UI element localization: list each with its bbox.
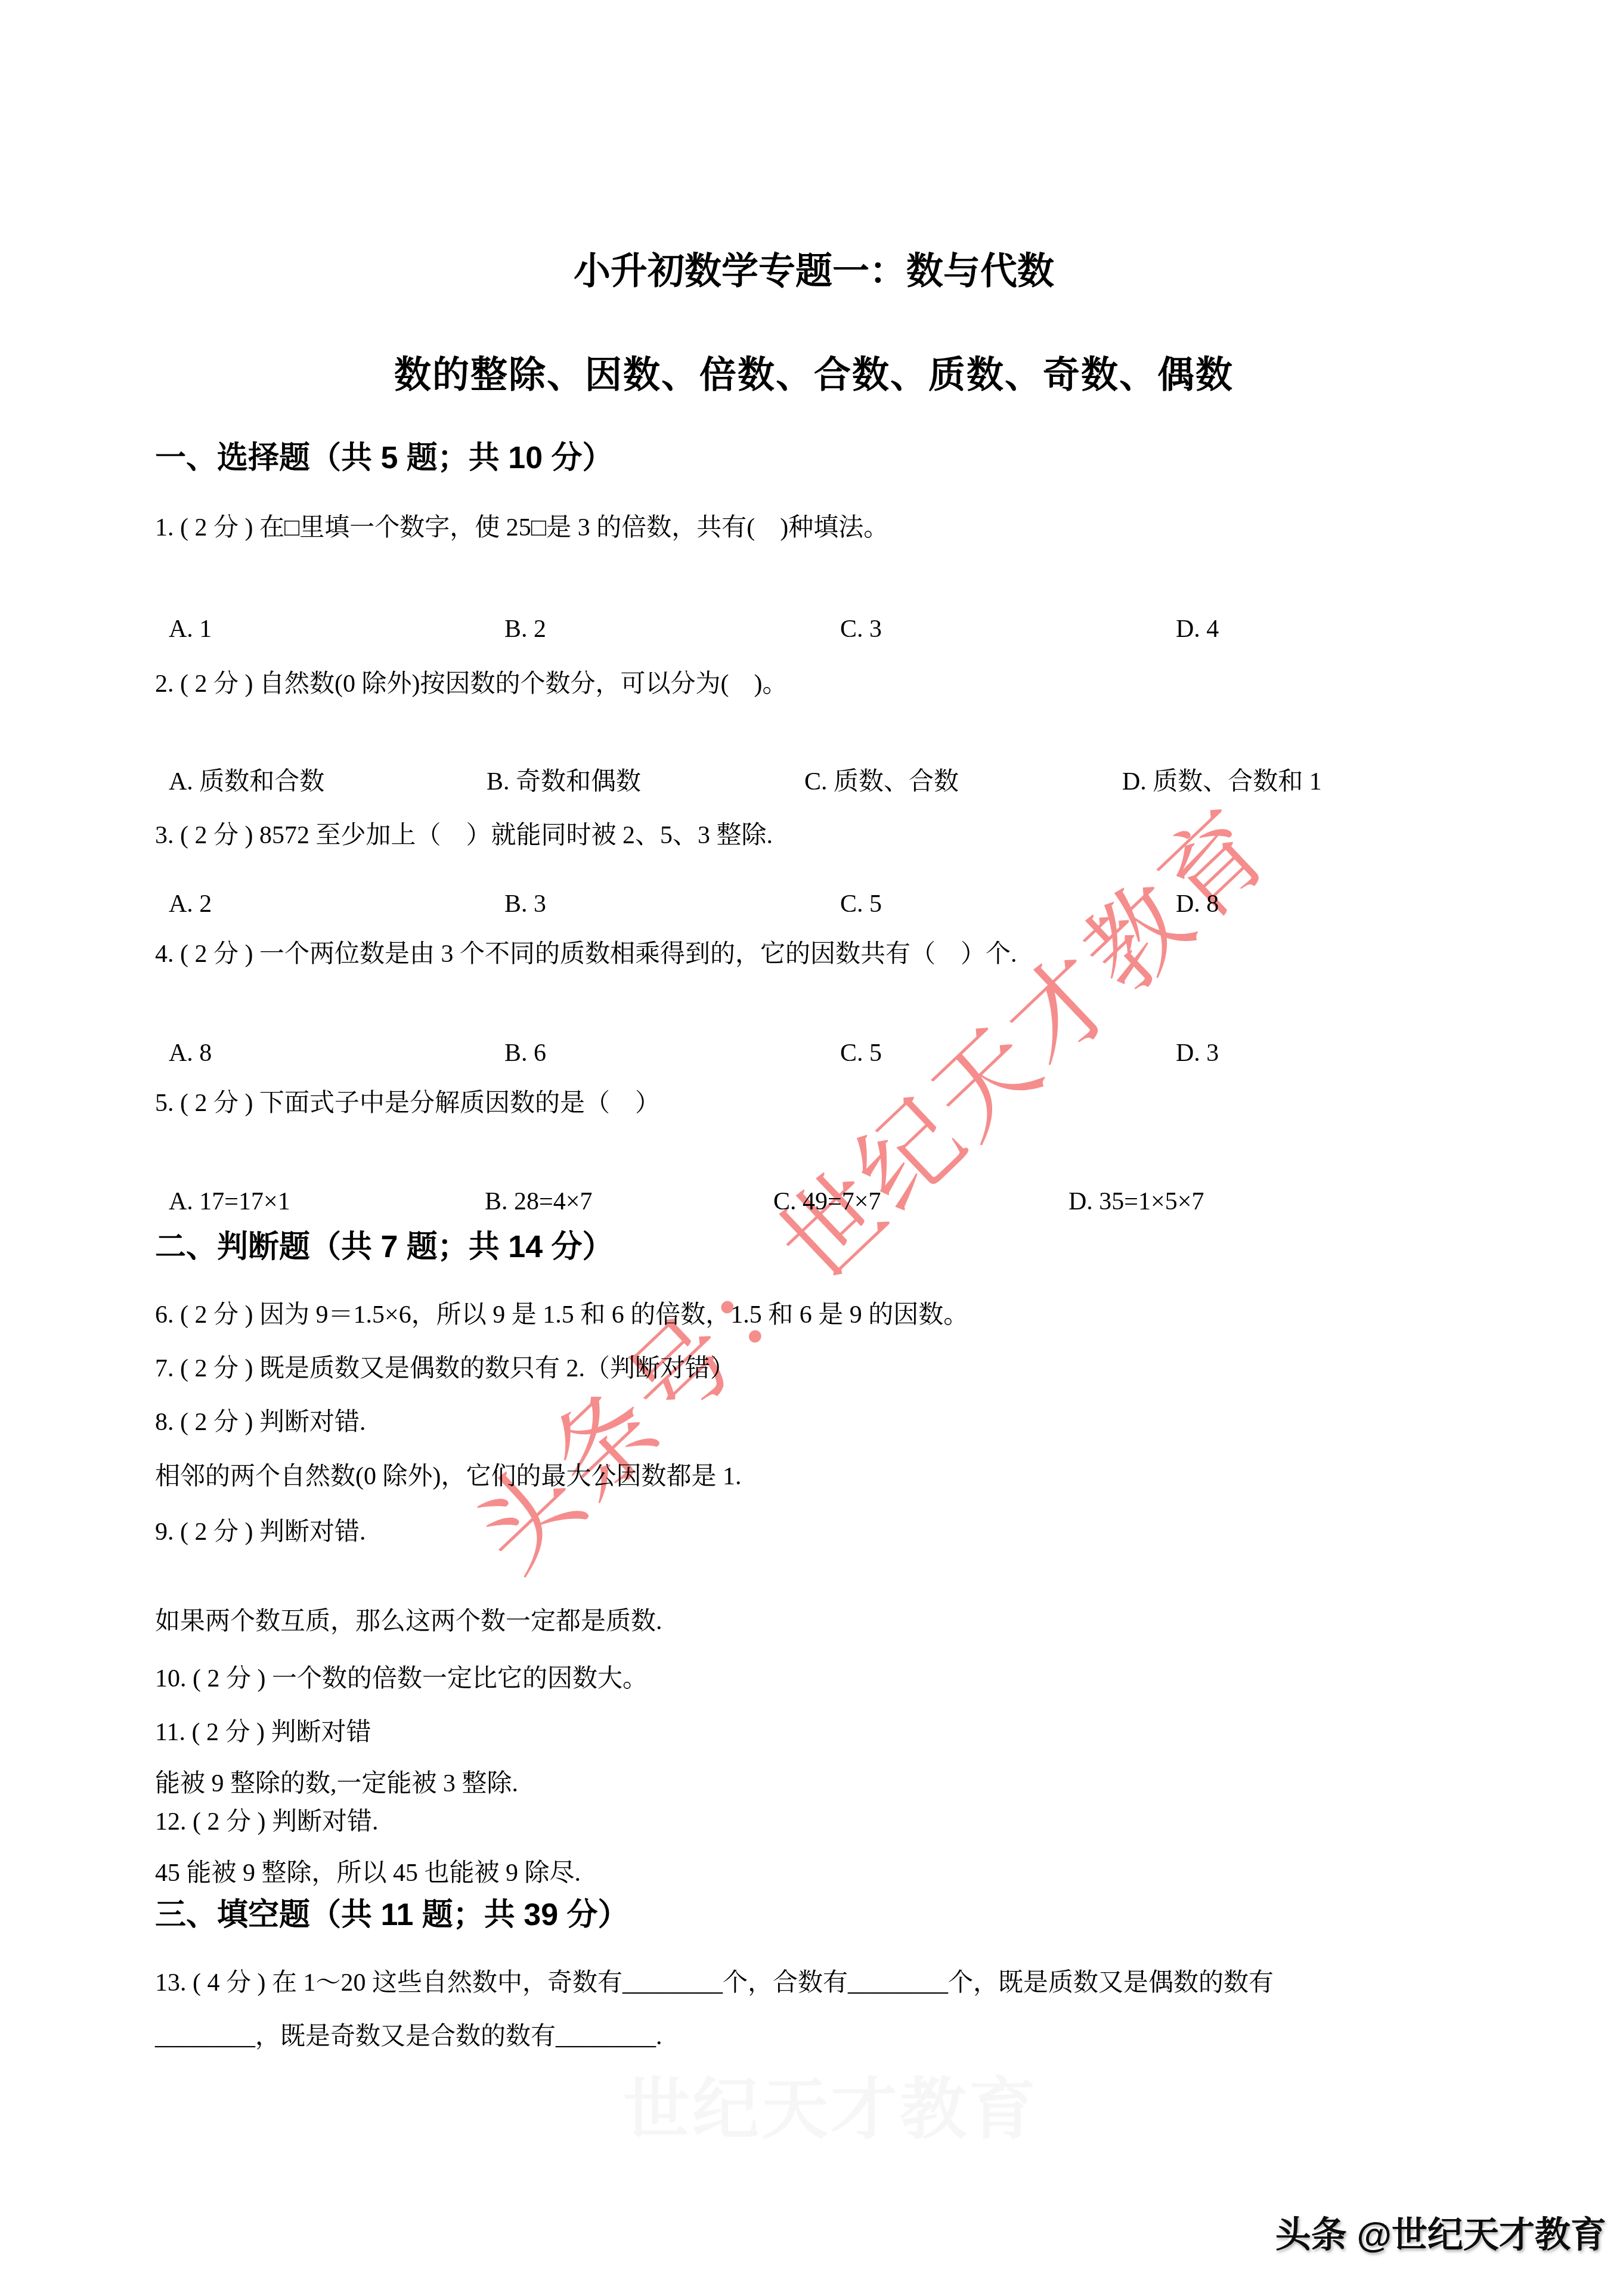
page-subtitle: 数的整除、因数、倍数、合数、质数、奇数、偶数 (155, 353, 1473, 398)
question-2-options: A. 质数和合数 B. 奇数和偶数 C. 质数、合数 D. 质数、合数和 1 (155, 765, 1473, 800)
question-4-option-c: C. 5 (840, 1036, 882, 1070)
section-2-heading: 二、判断题（共 7 题；共 14 分） (155, 1227, 1473, 1267)
question-3-text: 3. ( 2 分 ) 8572 至少加上（ ）就能同时被 2、5、3 整除. (155, 818, 1473, 853)
question-2-option-d: D. 质数、合数和 1 (1122, 765, 1322, 799)
question-13-text-line1: 13. ( 4 分 ) 在 1～20 这些自然数中，奇数有________个，合… (155, 1966, 1473, 2000)
question-5-option-c: C. 49=7×7 (773, 1184, 881, 1219)
document-content: 小升初数学专题一：数与代数 数的整除、因数、倍数、合数、质数、奇数、偶数 一、选… (155, 0, 1473, 2296)
question-9-text: 9. ( 2 分 ) 判断对错. (155, 1515, 1473, 1549)
question-11-statement: 能被 9 整除的数,一定能被 3 整除. (155, 1766, 1473, 1801)
question-1-option-c: C. 3 (840, 612, 882, 646)
question-7-text: 7. ( 2 分 ) 既是质数又是偶数的数只有 2.（判断对错） (155, 1351, 1473, 1386)
question-12-text: 12. ( 2 分 ) 判断对错. (155, 1805, 1473, 1839)
question-8-statement: 相邻的两个自然数(0 除外)，它们的最大公因数都是 1. (155, 1459, 1473, 1494)
question-1-options: A. 1 B. 2 C. 3 D. 4 (155, 612, 1473, 648)
question-5-option-d: D. 35=1×5×7 (1068, 1184, 1204, 1219)
question-5-option-b: B. 28=4×7 (485, 1184, 592, 1219)
question-3-option-d: D. 8 (1176, 887, 1219, 921)
question-2-option-a: A. 质数和合数 (169, 765, 324, 799)
section-1-heading: 一、选择题（共 5 题；共 10 分） (155, 438, 1473, 478)
question-1-option-a: A. 1 (169, 612, 212, 646)
question-3-option-c: C. 5 (840, 887, 882, 921)
question-4-option-a: A. 8 (169, 1036, 212, 1070)
question-4-text: 4. ( 2 分 ) 一个两位数是由 3 个不同的质数相乘得到的，它的因数共有（… (155, 937, 1473, 971)
question-8-text: 8. ( 2 分 ) 判断对错. (155, 1405, 1473, 1440)
question-4-option-d: D. 3 (1176, 1036, 1219, 1070)
footer-brand-watermark: 头条 @世纪天才教育 (1275, 2207, 1606, 2258)
question-1-text: 1. ( 2 分 ) 在□里填一个数字，使 25□是 3 的倍数，共有( )种填… (155, 510, 1473, 545)
question-3-options: A. 2 B. 3 C. 5 D. 8 (155, 887, 1473, 923)
question-5-options: A. 17=17×1 B. 28=4×7 C. 49=7×7 D. 35=1×5… (155, 1184, 1473, 1220)
question-6-text: 6. ( 2 分 ) 因为 9＝1.5×6，所以 9 是 1.5 和 6 的倍数… (155, 1298, 1473, 1332)
question-13-text-line2: ________，既是奇数又是合数的数有________. (155, 2019, 1473, 2054)
question-4-option-b: B. 6 (504, 1036, 546, 1070)
page-title: 小升初数学专题一：数与代数 (155, 249, 1473, 295)
question-12-statement: 45 能被 9 整除，所以 45 也能被 9 除尽. (155, 1856, 1473, 1890)
question-5-option-a: A. 17=17×1 (169, 1184, 290, 1219)
question-11-text: 11. ( 2 分 ) 判断对错 (155, 1715, 1473, 1750)
question-2-option-c: C. 质数、合数 (804, 765, 959, 799)
section-3-heading: 三、填空题（共 11 题；共 39 分） (155, 1895, 1473, 1935)
worksheet-page: 头条号：世纪天才教育 小升初数学专题一：数与代数 数的整除、因数、倍数、合数、质… (0, 0, 1623, 2296)
question-10-text: 10. ( 2 分 ) 一个数的倍数一定比它的因数大。 (155, 1661, 1473, 1696)
question-4-options: A. 8 B. 6 C. 5 D. 3 (155, 1036, 1473, 1072)
question-1-option-d: D. 4 (1176, 612, 1219, 646)
question-5-text: 5. ( 2 分 ) 下面式子中是分解质因数的是（ ） (155, 1086, 1473, 1121)
question-3-option-a: A. 2 (169, 887, 212, 921)
question-1-option-b: B. 2 (504, 612, 546, 646)
question-2-option-b: B. 奇数和偶数 (487, 765, 641, 799)
question-2-text: 2. ( 2 分 ) 自然数(0 除外)按因数的个数分，可以分为( )。 (155, 667, 1473, 701)
question-3-option-b: B. 3 (504, 887, 546, 921)
question-9-statement: 如果两个数互质，那么这两个数一定都是质数. (155, 1604, 1473, 1639)
